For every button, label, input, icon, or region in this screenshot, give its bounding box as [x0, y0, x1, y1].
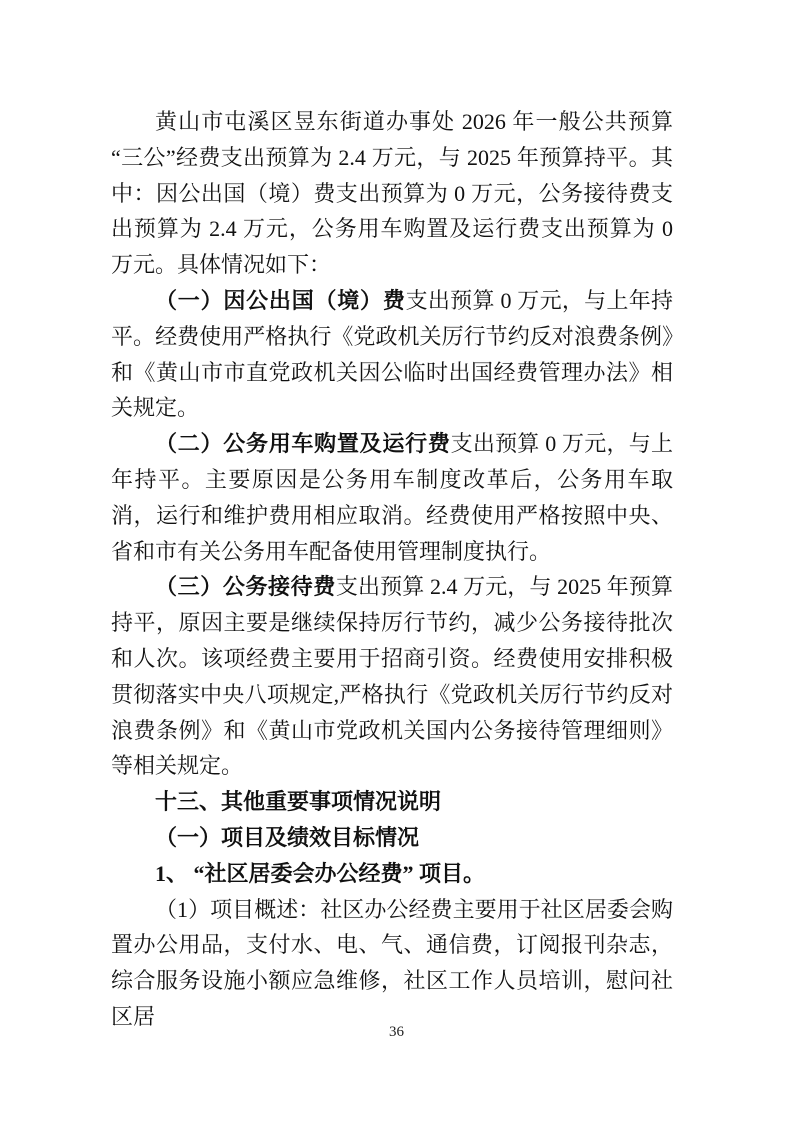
paragraph-vehicle-expense: （二）公务用车购置及运行费支出预算 0 万元，与上年持平。主要原因是公务用车制度…	[111, 426, 673, 569]
heading-section-13: 十三、其他重要事项情况说明	[111, 784, 673, 820]
heading-community-funds-project: 1、 “社区居委会办公经费” 项目。	[111, 856, 673, 892]
paragraph-reception-expense: （三）公务接待费支出预算 2.4 万元，与 2025 年预算持平，原因主要是继续…	[111, 569, 673, 784]
document-page: 黄山市屯溪区昱东街道办事处 2026 年一般公共预算“三公”经费支出预算为 2.…	[0, 0, 793, 1122]
page-number: 36	[0, 1022, 793, 1042]
paragraph-project-overview: （1）项目概述：社区办公经费主要用于社区居委会购置办公用品，支付水、电、气、通信…	[111, 892, 673, 1035]
paragraph-budget-summary: 黄山市屯溪区昱东街道办事处 2026 年一般公共预算“三公”经费支出预算为 2.…	[111, 104, 673, 283]
heading-project-performance: （一）项目及绩效目标情况	[111, 820, 673, 856]
paragraph-vehicle-expense-lead: （二）公务用车购置及运行费	[155, 431, 451, 456]
paragraph-reception-expense-lead: （三）公务接待费	[155, 574, 336, 599]
paragraph-abroad-expense: （一）因公出国（境）费支出预算 0 万元，与上年持平。经费使用严格执行《党政机关…	[111, 283, 673, 426]
document-body: 黄山市屯溪区昱东街道办事处 2026 年一般公共预算“三公”经费支出预算为 2.…	[111, 104, 673, 1035]
paragraph-reception-expense-text: 支出预算 2.4 万元，与 2025 年预算持平，原因主要是继续保持厉行节约，减…	[111, 574, 673, 778]
paragraph-abroad-expense-lead: （一）因公出国（境）费	[155, 288, 406, 313]
